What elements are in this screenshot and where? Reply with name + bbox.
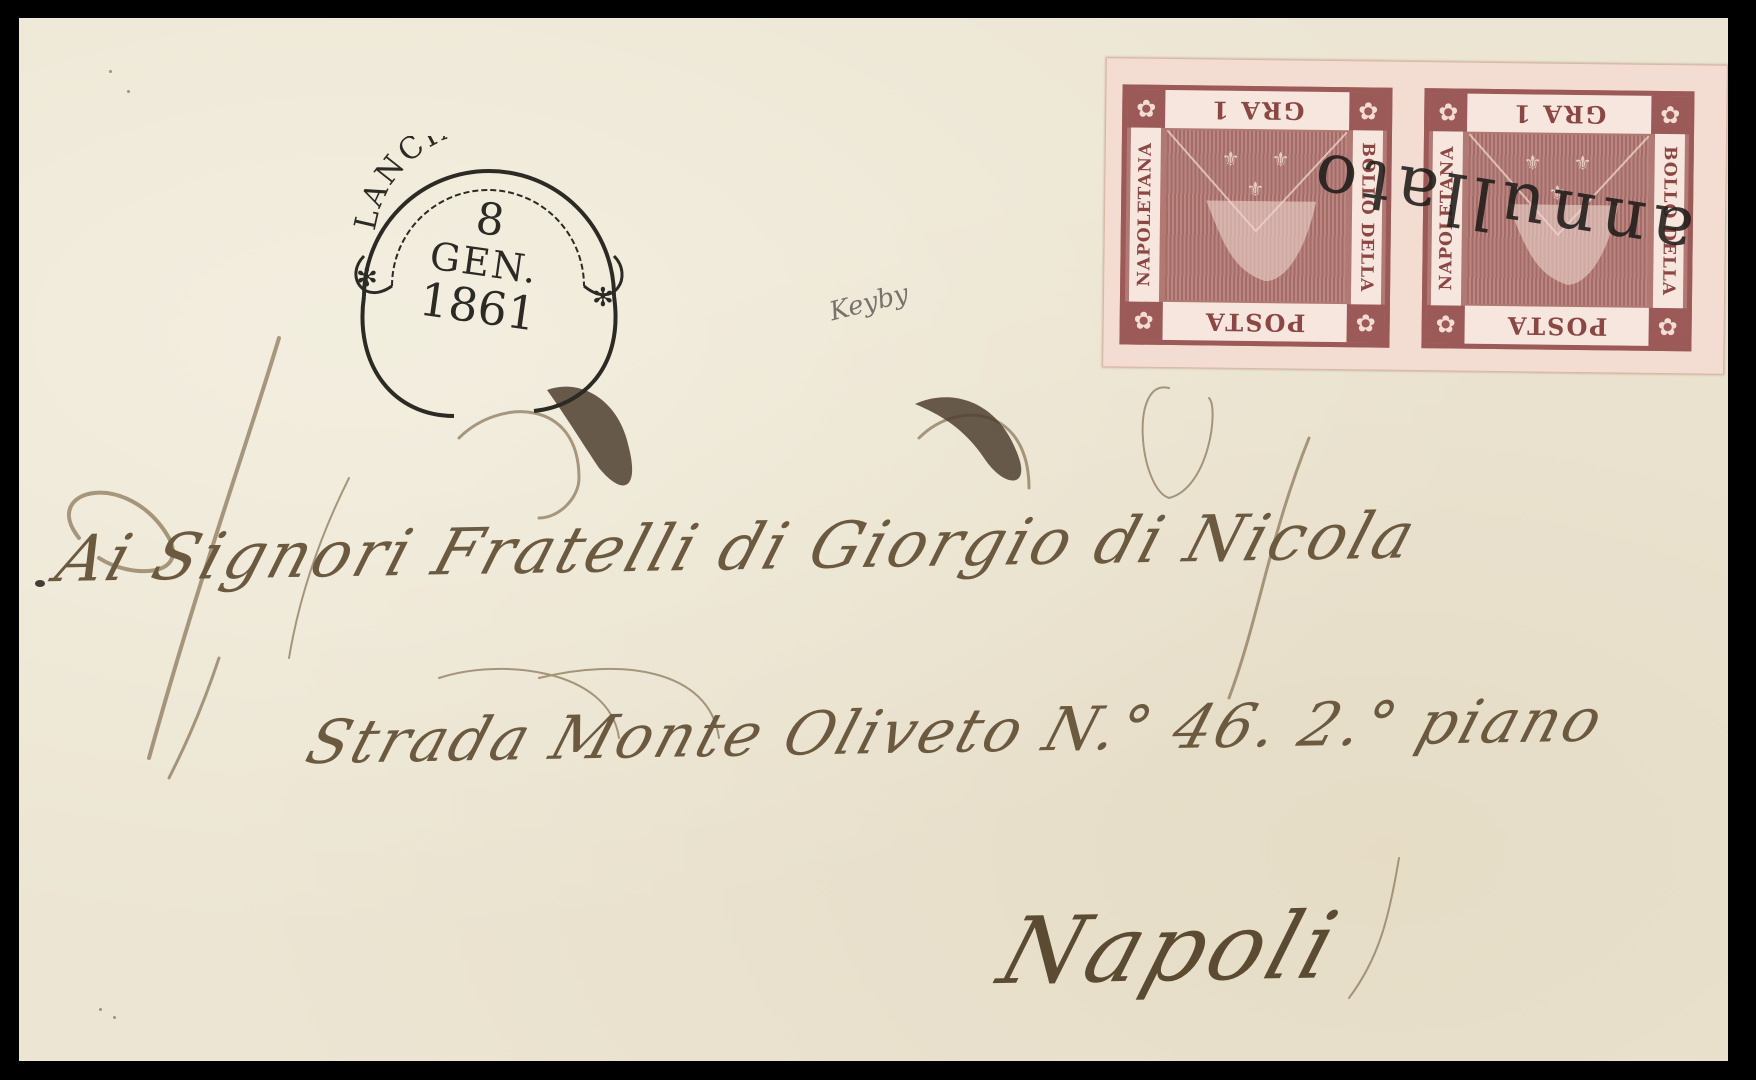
expert-signature: Keyby [827, 279, 912, 327]
lanciano-postmark: LANCIANO ✻ ✻ 8 GEN. 1861 [334, 136, 634, 426]
rosette-icon: ✿ [1426, 305, 1464, 343]
postmark-date: 8 GEN. 1861 [386, 186, 583, 342]
stamp-value: GRA 1 [1467, 94, 1651, 134]
stamp-label-posta: POSTA [1464, 306, 1648, 346]
rosette-icon: ✿ [1346, 304, 1384, 342]
paper-speck [99, 1008, 102, 1011]
rosette-icon: ✿ [1648, 308, 1686, 346]
rosette-icon: ✿ [1124, 301, 1162, 339]
address-line-1: Ai Signori Fratelli di Giorgio di Nicola [48, 499, 1427, 597]
rosette-icon: ✿ [1349, 92, 1387, 130]
paper-speck [109, 70, 112, 73]
postmark-ornament-left: ✻ [356, 263, 378, 293]
ink-blot [35, 580, 45, 587]
svg-text:⚜: ⚜ [1574, 151, 1592, 175]
rosette-icon: ✿ [1429, 93, 1467, 131]
stamp-label-posta: POSTA [1162, 302, 1346, 342]
postmark-ornament-right: ✻ [592, 283, 614, 313]
paper-speck [127, 90, 130, 93]
address-line-2: Strada Monte Oliveto N.° 46. 2.° piano [298, 685, 1613, 778]
rosette-icon: ✿ [1127, 89, 1165, 127]
rosette-icon: ✿ [1651, 96, 1689, 134]
stamp-pair: ✿ ✿ ✿ ✿ GRA 1 POSTA NAPOLETANA BOLLO DEL… [1102, 57, 1728, 375]
postal-cover: LANCIANO ✻ ✻ 8 GEN. 1861 ✿ ✿ ✿ ✿ GRA 1 P… [19, 18, 1728, 1061]
address-line-3: Napoli [988, 892, 1353, 1005]
paper-speck [113, 1016, 116, 1019]
stamp-label-napoletana: NAPOLETANA [1129, 128, 1161, 302]
